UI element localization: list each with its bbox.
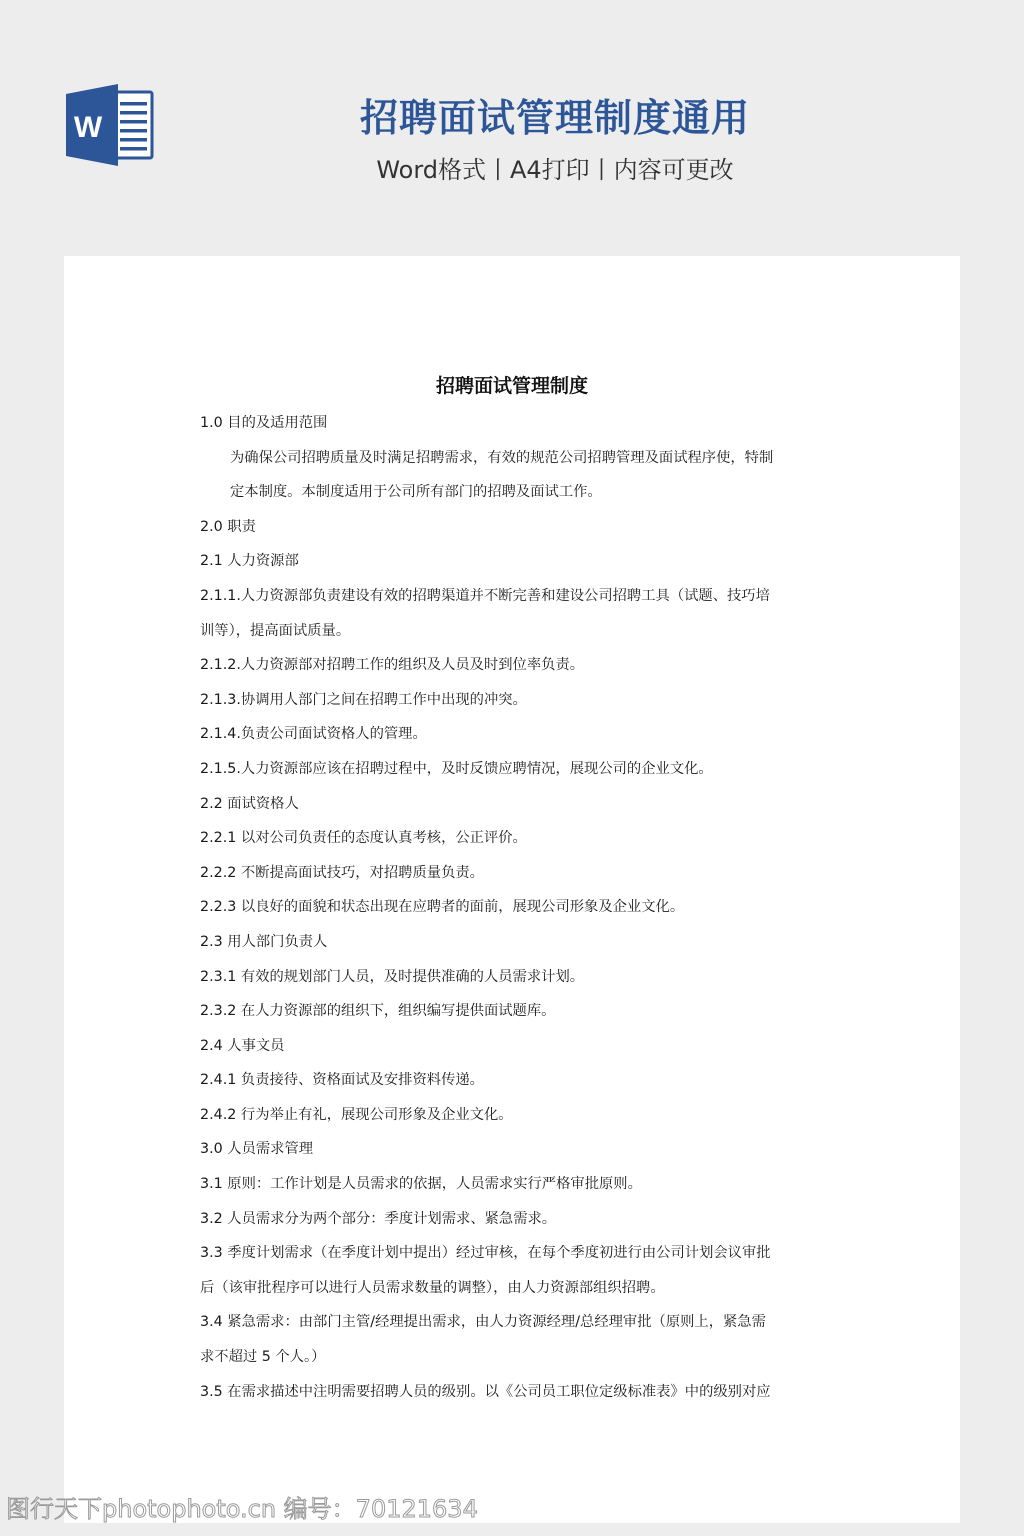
document-line: 2.2.1 以对公司负责任的态度认真考核，公正评价。 xyxy=(200,821,840,856)
document-line: 2.1.1.人力资源部负责建设有效的招聘渠道并不断完善和建设公司招聘工具（试题、… xyxy=(200,579,840,614)
document-line: 2.1.4.负责公司面试资格人的管理。 xyxy=(200,717,840,752)
document-line: 2.3.1 有效的规划部门人员，及时提供准确的人员需求计划。 xyxy=(200,960,840,995)
document-line: 3.1 原则：工作计划是人员需求的依据，人员需求实行严格审批原则。 xyxy=(200,1167,840,1202)
document-body: 1.0 目的及适用范围 为确保公司招聘质量及时满足招聘需求，有效的规范公司招聘管… xyxy=(200,406,840,1409)
document-page: 招聘面试管理制度 1.0 目的及适用范围 为确保公司招聘质量及时满足招聘需求，有… xyxy=(64,256,960,1523)
page-canvas: W 招聘面试管理制度通用 Word格式丨A4打印丨内容可更改 招聘面试管理制度 … xyxy=(0,0,1024,1536)
word-document-icon: W xyxy=(64,82,156,168)
document-line: 3.0 人员需求管理 xyxy=(200,1132,840,1167)
document-title: 招聘面试管理制度 xyxy=(64,372,960,400)
banner-subtitle: Word格式丨A4打印丨内容可更改 xyxy=(300,150,810,190)
document-line: 后（该审批程序可以进行人员需求数量的调整），由人力资源部组织招聘。 xyxy=(200,1271,840,1306)
document-line: 3.5 在需求描述中注明需要招聘人员的级别。以《公司员工职位定级标准表》中的级别… xyxy=(200,1375,840,1410)
document-line: 3.3 季度计划需求（在季度计划中提出）经过审核，在每个季度初进行由公司计划会议… xyxy=(200,1236,840,1271)
document-line: 为确保公司招聘质量及时满足招聘需求，有效的规范公司招聘管理及面试程序使，特制 xyxy=(200,441,840,476)
document-line: 2.2 面试资格人 xyxy=(200,787,840,822)
document-line: 3.4 紧急需求：由部门主管/经理提出需求，由人力资源经理/总经理审批（原则上，… xyxy=(200,1305,840,1340)
document-line: 2.4.1 负责接待、资格面试及安排资料传递。 xyxy=(200,1063,840,1098)
document-line: 1.0 目的及适用范围 xyxy=(200,406,840,441)
document-line: 2.2.2 不断提高面试技巧，对招聘质量负责。 xyxy=(200,856,840,891)
document-line: 求不超过 5 个人。） xyxy=(200,1340,840,1375)
svg-text:W: W xyxy=(74,111,103,144)
document-line: 2.1.3.协调用人部门之间在招聘工作中出现的冲突。 xyxy=(200,683,840,718)
document-line: 2.1 人力资源部 xyxy=(200,544,840,579)
document-line: 2.3.2 在人力资源部的组织下，组织编写提供面试题库。 xyxy=(200,994,840,1029)
document-line: 2.2.3 以良好的面貌和状态出现在应聘者的面前，展现公司形象及企业文化。 xyxy=(200,890,840,925)
document-line: 2.0 职责 xyxy=(200,510,840,545)
document-line: 2.4.2 行为举止有礼，展现公司形象及企业文化。 xyxy=(200,1098,840,1133)
banner-title: 招聘面试管理制度通用 xyxy=(300,92,810,144)
document-line: 3.2 人员需求分为两个部分：季度计划需求、紧急需求。 xyxy=(200,1202,840,1237)
document-line: 2.3 用人部门负责人 xyxy=(200,925,840,960)
document-line: 2.4 人事文员 xyxy=(200,1029,840,1064)
document-line: 定本制度。本制度适用于公司所有部门的招聘及面试工作。 xyxy=(200,475,840,510)
document-line: 2.1.2.人力资源部对招聘工作的组织及人员及时到位率负责。 xyxy=(200,648,840,683)
watermark-text: 图行天下photophoto.cn 编号：70121634 xyxy=(6,1492,478,1526)
document-line: 2.1.5.人力资源部应该在招聘过程中，及时反馈应聘情况，展现公司的企业文化。 xyxy=(200,752,840,787)
document-line: 训等），提高面试质量。 xyxy=(200,614,840,649)
